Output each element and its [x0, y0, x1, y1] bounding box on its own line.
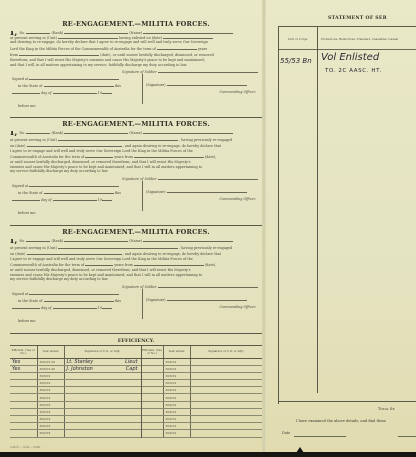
efficient-field[interactable]: [141, 401, 163, 408]
column-divider: [317, 27, 318, 393]
co-signature-field[interactable]: [64, 408, 141, 415]
enlisted-date-field[interactable]: [163, 36, 213, 39]
co-signature-field[interactable]: [190, 380, 262, 387]
co-signature-field[interactable]: [64, 416, 141, 423]
table-row: 30/6/1930/6/19: [10, 401, 262, 408]
efficient-field[interactable]: [141, 358, 163, 365]
divider: [142, 74, 143, 104]
co-signature-field[interactable]: [64, 387, 141, 394]
year-ended-cell: 30/6/19: [163, 372, 190, 379]
efficient-field[interactable]: [10, 416, 37, 423]
efficient-field[interactable]: [141, 408, 163, 415]
number-field[interactable]: [26, 131, 50, 134]
year-ended-cell: 30/6/19: [37, 401, 64, 408]
efficient-field[interactable]: [141, 387, 163, 394]
table-row: 30/6/1930/6/19: [10, 408, 262, 415]
from-date-field[interactable]: [134, 155, 204, 158]
unit-field[interactable]: [58, 246, 178, 249]
year-ended-cell: 30/6/19: [37, 380, 64, 387]
year-ended-cell: 30/6/19: [163, 358, 190, 365]
date-field[interactable]: [294, 436, 346, 437]
year-field[interactable]: [102, 91, 112, 94]
state-field[interactable]: [44, 191, 114, 194]
co-signature-field[interactable]: [190, 365, 262, 372]
month-field[interactable]: [53, 198, 97, 201]
term-field[interactable]: [157, 47, 197, 50]
efficient-field[interactable]: [10, 380, 37, 387]
term-field[interactable]: [85, 155, 113, 158]
form-title: RE-ENGAGEMENT.—MILITIA FORCES.: [10, 20, 262, 28]
divider: [142, 289, 143, 319]
efficient-field[interactable]: [141, 394, 163, 401]
year-field[interactable]: [102, 306, 112, 309]
printer-note: A 8470 — 10.36 — 5,000.: [10, 446, 41, 449]
examined-statement: I have examined the above details, and f…: [296, 419, 386, 423]
co-signature-field[interactable]: [190, 430, 262, 437]
left-page: RE-ENGAGEMENT.—MILITIA FORCES. I,No. (Ra…: [4, 0, 262, 452]
efficient-field[interactable]: [10, 430, 37, 437]
efficient-field[interactable]: [10, 408, 37, 415]
day-field[interactable]: [12, 306, 40, 309]
year-ended-cell: 30/6/19: [163, 387, 190, 394]
co-signature-field[interactable]: [64, 423, 141, 430]
table-row: Yes30/6/19 39Lt. StanleyLieut30/6/19: [10, 358, 262, 365]
co-signature-field[interactable]: [167, 190, 247, 193]
soldier-signature-field[interactable]: [158, 70, 258, 73]
co-signature-field[interactable]: [64, 401, 141, 408]
efficiency-title: EFFICIENCY.: [10, 336, 262, 346]
reengaged-date-field[interactable]: [27, 144, 122, 147]
co-signature-field[interactable]: J. JohnstonCapt: [64, 365, 141, 372]
handwritten-entry: Vol Enlisted: [321, 52, 379, 63]
year-ended-cell: 30/6/19: [37, 423, 64, 430]
co-signature-field[interactable]: [64, 430, 141, 437]
state-field[interactable]: [44, 84, 114, 87]
co-signature-field[interactable]: [64, 372, 141, 379]
from-date-field[interactable]: [134, 263, 204, 266]
reengagement-form-3: RE-ENGAGEMENT.—MILITIA FORCES. I,No. (Ra…: [10, 228, 262, 334]
efficient-field[interactable]: [10, 423, 37, 430]
soldier-signature-field[interactable]: [158, 177, 258, 180]
right-page: STATEMENT OF SER Unit or Corps. Promotio…: [266, 0, 416, 452]
rank-field[interactable]: [64, 239, 128, 242]
table-row: 30/6/1930/6/19: [10, 430, 262, 437]
efficient-field[interactable]: [141, 372, 163, 379]
co-signature-field[interactable]: [190, 387, 262, 394]
efficiency-table: Efficient. (Yes or No.) Year ended Signa…: [10, 346, 262, 438]
form-title: RE-ENGAGEMENT.—MILITIA FORCES.: [10, 120, 262, 128]
year-ended-cell: 30/6/19: [37, 394, 64, 401]
signature-field[interactable]: [398, 436, 416, 437]
form-title: RE-ENGAGEMENT.—MILITIA FORCES.: [10, 228, 262, 236]
year-ended-cell: 30/6/19: [37, 372, 64, 379]
year-field[interactable]: [102, 198, 112, 201]
handwritten-unit: 55/53 Bn: [280, 57, 312, 65]
co-signature-field[interactable]: [190, 423, 262, 430]
efficient-field[interactable]: [10, 387, 37, 394]
total-service-label: Total Se: [378, 407, 395, 411]
divider: [142, 181, 143, 211]
co-signature-field[interactable]: [167, 298, 247, 301]
co-signature-field[interactable]: [190, 358, 262, 365]
table-row: Yes30/6/19 40J. JohnstonCapt30/6/19: [10, 365, 262, 372]
rank-field[interactable]: [64, 31, 128, 34]
table-row: 30/6/1930/6/19: [10, 394, 262, 401]
year-ended-cell: 30/6/19: [163, 416, 190, 423]
efficient-field[interactable]: [141, 423, 163, 430]
year-ended-cell: 30/6/19: [37, 387, 64, 394]
efficient-field[interactable]: [141, 430, 163, 437]
statement-title: STATEMENT OF SER: [328, 16, 387, 21]
co-signature-field[interactable]: [190, 401, 262, 408]
year-ended-cell: 30/6/19 40: [37, 365, 64, 372]
name-field[interactable]: [143, 31, 233, 34]
date-label: Date: [282, 431, 290, 435]
efficiency-section: EFFICIENCY. Efficient. (Yes or No.) Year…: [10, 336, 262, 438]
year-ended-cell: 30/6/19: [163, 423, 190, 430]
rank-annotation: Lieut: [125, 359, 137, 365]
state-field[interactable]: [44, 299, 114, 302]
col-unit-header: Unit or Corps.: [281, 37, 315, 41]
unit-field[interactable]: [58, 138, 178, 141]
year-ended-cell: 30/6/19 39: [37, 358, 64, 365]
table-row: 30/6/1930/6/19: [10, 423, 262, 430]
from-date-field[interactable]: [19, 53, 99, 56]
efficiency-header-row: Efficient. (Yes or No.) Year ended Signa…: [10, 346, 262, 358]
efficient-field[interactable]: [10, 372, 37, 379]
handwritten-entry: TO. 2C AASC. HT.: [325, 68, 382, 74]
year-ended-cell: 30/6/19: [163, 394, 190, 401]
year-ended-cell: 30/6/19: [163, 365, 190, 372]
number-field[interactable]: [26, 239, 50, 242]
efficient-field[interactable]: Yes: [10, 365, 37, 372]
term-field[interactable]: [85, 263, 113, 266]
year-ended-cell: 30/6/19: [163, 430, 190, 437]
year-ended-cell: 30/6/19: [163, 380, 190, 387]
table-row: 30/6/1930/6/19: [10, 380, 262, 387]
co-signature-field[interactable]: [167, 83, 247, 86]
soldier-signature-field[interactable]: [158, 285, 258, 288]
reengaged-date-field[interactable]: [27, 252, 122, 255]
rank-annotation: Capt: [126, 366, 138, 372]
signed-at-field[interactable]: [29, 292, 119, 295]
efficient-field[interactable]: [141, 380, 163, 387]
co-signature-field[interactable]: [190, 408, 262, 415]
day-field[interactable]: [12, 91, 40, 94]
statement-table: Unit or Corps. Promotions, Reductions, T…: [278, 26, 416, 404]
efficient-field[interactable]: [141, 416, 163, 423]
document-page: RE-ENGAGEMENT.—MILITIA FORCES. I,No. (Ra…: [0, 0, 416, 452]
efficient-field[interactable]: Yes: [10, 358, 37, 365]
month-field[interactable]: [53, 91, 97, 94]
col-details-header: Promotions, Reductions, Transfers, Casua…: [321, 37, 416, 41]
year-ended-cell: 30/6/19: [37, 416, 64, 423]
number-field[interactable]: [26, 31, 50, 34]
efficient-field[interactable]: [10, 401, 37, 408]
efficient-field[interactable]: [141, 365, 163, 372]
reengagement-form-2: RE-ENGAGEMENT.—MILITIA FORCES. I,No. (Ra…: [10, 120, 262, 226]
signed-at-field[interactable]: [29, 77, 119, 80]
co-signature-field[interactable]: [190, 416, 262, 423]
name-field[interactable]: [143, 239, 233, 242]
co-signature-field[interactable]: [64, 394, 141, 401]
reengagement-form-1: RE-ENGAGEMENT.—MILITIA FORCES. I,No. (Ra…: [10, 20, 262, 118]
unit-field[interactable]: [58, 36, 118, 39]
table-row: 30/6/1930/6/19: [10, 387, 262, 394]
year-ended-cell: 30/6/19: [37, 430, 64, 437]
name-field[interactable]: [143, 131, 233, 134]
table-row: 30/6/1930/6/19: [10, 372, 262, 379]
co-signature-field[interactable]: [190, 394, 262, 401]
day-field[interactable]: [12, 198, 40, 201]
month-field[interactable]: [53, 306, 97, 309]
year-ended-cell: 30/6/19: [37, 408, 64, 415]
co-signature-field[interactable]: [190, 372, 262, 379]
rank-field[interactable]: [64, 131, 128, 134]
co-signature-field[interactable]: [64, 380, 141, 387]
year-ended-cell: 30/6/19: [163, 408, 190, 415]
year-ended-cell: 30/6/19: [163, 401, 190, 408]
table-row: 30/6/1930/6/19: [10, 416, 262, 423]
efficient-field[interactable]: [10, 394, 37, 401]
signed-at-field[interactable]: [29, 184, 119, 187]
co-signature-field[interactable]: Lt. StanleyLieut: [64, 358, 141, 365]
